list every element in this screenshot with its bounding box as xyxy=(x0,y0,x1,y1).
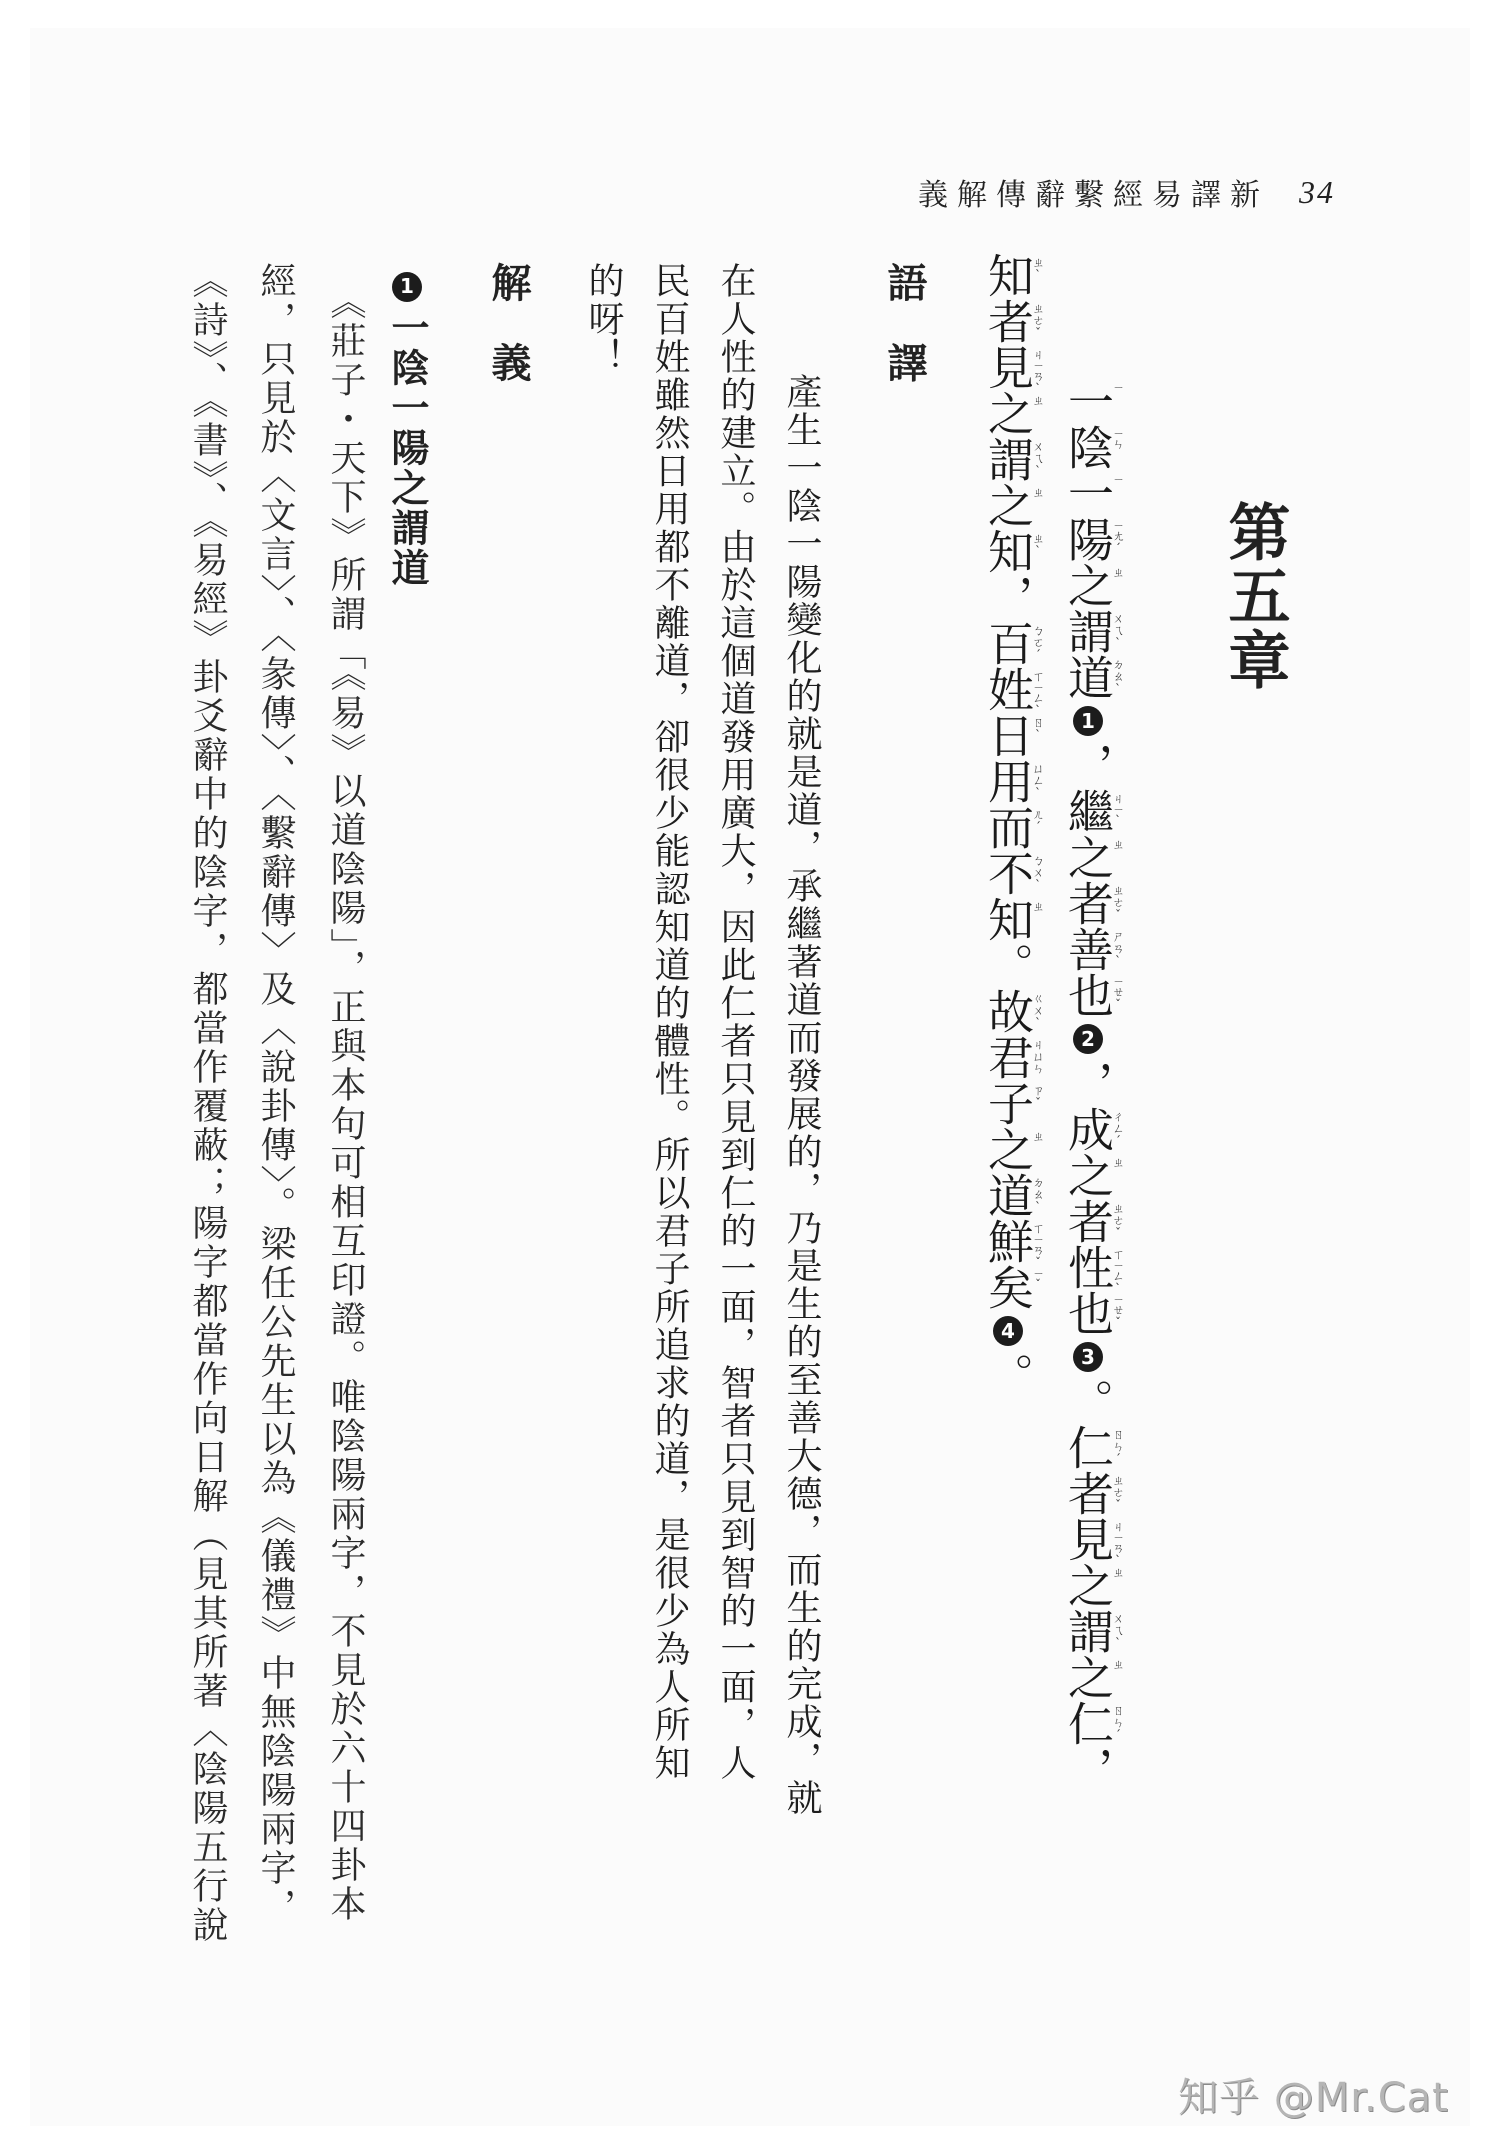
zhuyin-annotation: ㄓ xyxy=(1112,1156,1124,1168)
zhuyin-annotation: ㄓ xyxy=(1112,566,1124,578)
classic-char: ， xyxy=(978,574,1038,620)
zhuyin-annotation: ㄖㄣˊ xyxy=(1112,1704,1124,1742)
zhuyin-annotation: ㄍㄨˋ xyxy=(1032,992,1044,1030)
zhuyin-annotation: ㄓˋ xyxy=(1032,532,1044,558)
zhuyin-annotation: ㄓㄜˇ xyxy=(1112,884,1124,922)
watermark: 知乎 @Mr.Cat xyxy=(1178,2066,1449,2123)
zhuyin-annotation: ㄓ xyxy=(1032,1130,1044,1142)
zhuyin-annotation: ㄉㄠˋ xyxy=(1112,658,1124,696)
classic-char: ， xyxy=(1058,1060,1118,1106)
classic-char: 謂ㄨㄟˋ xyxy=(978,436,1038,482)
classic-char: 日ㄖˋ xyxy=(978,712,1038,758)
zhuyin-annotation: ㄦˊ xyxy=(1032,808,1044,834)
zhuyin-annotation: ㄓ xyxy=(1112,1566,1124,1578)
classic-char: 一ㄧ xyxy=(1058,470,1118,516)
classic-char: 矣ㄧˇ xyxy=(978,1264,1038,1310)
classic-char: 。 xyxy=(978,1352,1038,1398)
zhuyin-annotation: ㄧㄝˇ xyxy=(1112,1294,1124,1330)
note-1-title: 一陰一陽之謂道 xyxy=(385,308,429,588)
classic-char: 者ㄓㄜˇ xyxy=(1058,1470,1118,1516)
classic-char: 善ㄕㄢˋ xyxy=(1058,926,1118,972)
note-marker-3-icon: 3 xyxy=(1073,1342,1103,1372)
zhuyin-annotation: ㄧ xyxy=(1112,474,1124,484)
zhuyin-annotation: ㄖㄣˊ xyxy=(1112,1428,1124,1466)
classic-char: 君ㄐㄩㄣ xyxy=(978,1034,1038,1080)
classic-char: 而ㄦˊ xyxy=(978,804,1038,850)
classic-char: 一ㄧ xyxy=(1058,378,1118,424)
classic-text-column-2: 知ㄓˋ者ㄓㄜˇ見ㄐㄧㄢˋ之ㄓ謂ㄨㄟˋ之ㄓ知ㄓˋ，百ㄅㄛˊ姓ㄒㄧㄥˋ日ㄖˋ用ㄩㄥˋ… xyxy=(978,252,1038,1398)
translation-column-4: 的呀！ xyxy=(570,262,636,376)
translation-column-3: 民百姓雖然日用都不離道，卻很少能認知道的體性。所以君子所追求的道，是很少為人所知 xyxy=(636,262,702,1782)
zhuyin-annotation: ㄧˇ xyxy=(1032,1268,1044,1292)
zhuyin-annotation: ㄩㄥˋ xyxy=(1032,762,1044,800)
zhuyin-annotation: ㄧㄤˊ xyxy=(1112,520,1124,556)
classic-char: 仁ㄖㄣˊ xyxy=(1058,1700,1118,1746)
classic-char: 。 xyxy=(978,942,1038,988)
classic-char: 鮮ㄒㄧㄢˇ xyxy=(978,1218,1038,1264)
classic-char: 百ㄅㄛˊ xyxy=(978,620,1038,666)
classic-char: 之ㄓ xyxy=(1058,562,1118,608)
classic-char: 也ㄧㄝˇ xyxy=(1058,1290,1118,1336)
classic-char: 陽ㄧㄤˊ xyxy=(1058,516,1118,562)
classic-char: 道ㄉㄠˋ xyxy=(1058,654,1118,700)
zhuyin-annotation: ㄨㄟˋ xyxy=(1032,440,1044,478)
chapter-title: 第五章 xyxy=(1210,500,1299,692)
classic-char: 用ㄩㄥˋ xyxy=(978,758,1038,804)
zhuyin-annotation: ㄓㄜˇ xyxy=(1112,1202,1124,1240)
zhuyin-annotation: ㄓ xyxy=(1032,486,1044,498)
zhuyin-annotation: ㄨㄟˋ xyxy=(1112,1612,1124,1650)
translation-column-1: 產生一陰一陽變化的就是道，承繼著道而發展的，乃是生的至善大德，而生的完成，就 xyxy=(768,335,834,1817)
running-header: 義解傳辭繫經易譯新 34 xyxy=(918,172,1335,212)
classic-char: 之ㄓ xyxy=(978,482,1038,528)
zhuyin-annotation: ㄖˋ xyxy=(1032,716,1044,742)
zhuyin-annotation: ㄧ xyxy=(1112,382,1124,392)
zhuyin-annotation: ㄅㄨˋ xyxy=(1032,854,1044,892)
zhuyin-annotation: ㄨㄟˋ xyxy=(1112,612,1124,650)
note-marker-2-icon: 2 xyxy=(1073,1024,1103,1054)
classic-char: 之ㄓ xyxy=(1058,1152,1118,1198)
classic-char: ， xyxy=(1058,1746,1118,1792)
classic-char: 者ㄓㄜˇ xyxy=(978,298,1038,344)
zhuyin-annotation: ㄓㄜˇ xyxy=(1032,302,1044,340)
zhuyin-annotation: ㄓ xyxy=(1032,900,1044,912)
classic-char: 知ㄓˋ xyxy=(978,252,1038,298)
classic-char: 成ㄔㄥˊ xyxy=(1058,1106,1118,1152)
classic-char: 見ㄐㄧㄢˋ xyxy=(1058,1516,1118,1562)
zhuyin-annotation: ㄕㄢˋ xyxy=(1112,930,1124,968)
note-1-column-1: 《莊子・天下》所謂「《易》以道陰陽」，正與本句可相互印證。唯陰陽兩字，不見於六十… xyxy=(310,262,380,1924)
note-marker-1-icon: 1 xyxy=(392,272,422,302)
zhuyin-annotation: ㄅㄛˊ xyxy=(1032,624,1044,662)
classic-char: 謂ㄨㄟˋ xyxy=(1058,608,1118,654)
zhuyin-annotation: ㄔㄥˊ xyxy=(1112,1110,1124,1148)
note-1-column-3: 《詩》、《書》、《易經》卦爻辭中的陰字，都當作覆蔽；陽字都當作向日解（見其所著〈… xyxy=(172,262,242,1945)
classic-char: 知ㄓ xyxy=(978,896,1038,942)
note-marker-1-icon: 1 xyxy=(1073,706,1103,736)
classic-char: 仁ㄖㄣˊ xyxy=(1058,1424,1118,1470)
commentary-heading: 解義 xyxy=(480,262,537,422)
zhuyin-annotation: ㄒㄧㄥˋ xyxy=(1112,1248,1124,1296)
zhuyin-annotation: ㄒㄧㄥˋ xyxy=(1032,670,1044,718)
classic-char: 繼ㄐㄧˋ xyxy=(1058,788,1118,834)
classic-char: 者ㄓㄜˇ xyxy=(1058,1198,1118,1244)
classic-char: ， xyxy=(1058,742,1118,788)
zhuyin-annotation: ㄧㄣ xyxy=(1112,428,1124,450)
zhuyin-annotation: ㄐㄧㄢˋ xyxy=(1032,348,1044,396)
translation-column-2: 在人性的建立。由於這個道發用廣大，因此仁者只見到仁的一面，智者只見到智的一面，人 xyxy=(702,262,768,1782)
classic-char: 不ㄅㄨˋ xyxy=(978,850,1038,896)
classic-char: 見ㄐㄧㄢˋ xyxy=(978,344,1038,390)
classic-char: 姓ㄒㄧㄥˋ xyxy=(978,666,1038,712)
classic-char: 之ㄓ xyxy=(1058,1562,1118,1608)
zhuyin-annotation: ㄒㄧㄢˇ xyxy=(1032,1222,1044,1270)
classic-char: 子ㄗˇ xyxy=(978,1080,1038,1126)
zhuyin-annotation: ㄓ xyxy=(1112,838,1124,850)
classic-char: 之ㄓ xyxy=(978,1126,1038,1172)
classic-char: 性ㄒㄧㄥˋ xyxy=(1058,1244,1118,1290)
zhuyin-annotation: ㄓ xyxy=(1032,394,1044,406)
zhuyin-annotation: ㄐㄩㄣ xyxy=(1032,1038,1044,1074)
classic-char: 者ㄓㄜˇ xyxy=(1058,880,1118,926)
classic-char: 之ㄓ xyxy=(1058,834,1118,880)
page-number: 34 xyxy=(1299,174,1335,211)
book-title: 義解傳辭繫經易譯新 xyxy=(918,170,1269,214)
classic-char: 故ㄍㄨˋ xyxy=(978,988,1038,1034)
classic-char: 之ㄓ xyxy=(1058,1654,1118,1700)
classic-char: 也ㄧㄝˇ xyxy=(1058,972,1118,1018)
zhuyin-annotation: ㄐㄧˋ xyxy=(1112,792,1124,828)
zhuyin-annotation: ㄓㄜˇ xyxy=(1112,1474,1124,1512)
classic-char: 謂ㄨㄟˋ xyxy=(1058,1608,1118,1654)
translation-heading: 語譯 xyxy=(876,262,933,422)
classic-text-column-1: 一ㄧ陰ㄧㄣ一ㄧ陽ㄧㄤˊ之ㄓ謂ㄨㄟˋ道ㄉㄠˋ1，繼ㄐㄧˋ之ㄓ者ㄓㄜˇ善ㄕㄢˋ也ㄧㄝ… xyxy=(1058,378,1118,1792)
classic-char: 知ㄓˋ xyxy=(978,528,1038,574)
note-marker-4-icon: 4 xyxy=(993,1316,1023,1346)
classic-char: 之ㄓ xyxy=(978,390,1038,436)
classic-char: 。 xyxy=(1058,1378,1118,1424)
zhuyin-annotation: ㄉㄠˋ xyxy=(1032,1176,1044,1214)
zhuyin-annotation: ㄓ xyxy=(1112,1658,1124,1670)
note-1-column-2: 經，只見於〈文言〉、〈彖傳〉、〈繫辭傳〉及〈說卦傳〉。梁任公先生以為《儀禮》中無… xyxy=(240,262,310,1927)
note-1-heading: 1一陰一陽之謂道 xyxy=(380,266,435,588)
classic-char: 道ㄉㄠˋ xyxy=(978,1172,1038,1218)
zhuyin-annotation: ㄗˇ xyxy=(1032,1084,1044,1110)
zhuyin-annotation: ㄐㄧㄢˋ xyxy=(1112,1520,1124,1568)
zhuyin-annotation: ㄧㄝˇ xyxy=(1112,976,1124,1012)
zhuyin-annotation: ㄓˋ xyxy=(1032,256,1044,282)
classic-char: 陰ㄧㄣ xyxy=(1058,424,1118,470)
